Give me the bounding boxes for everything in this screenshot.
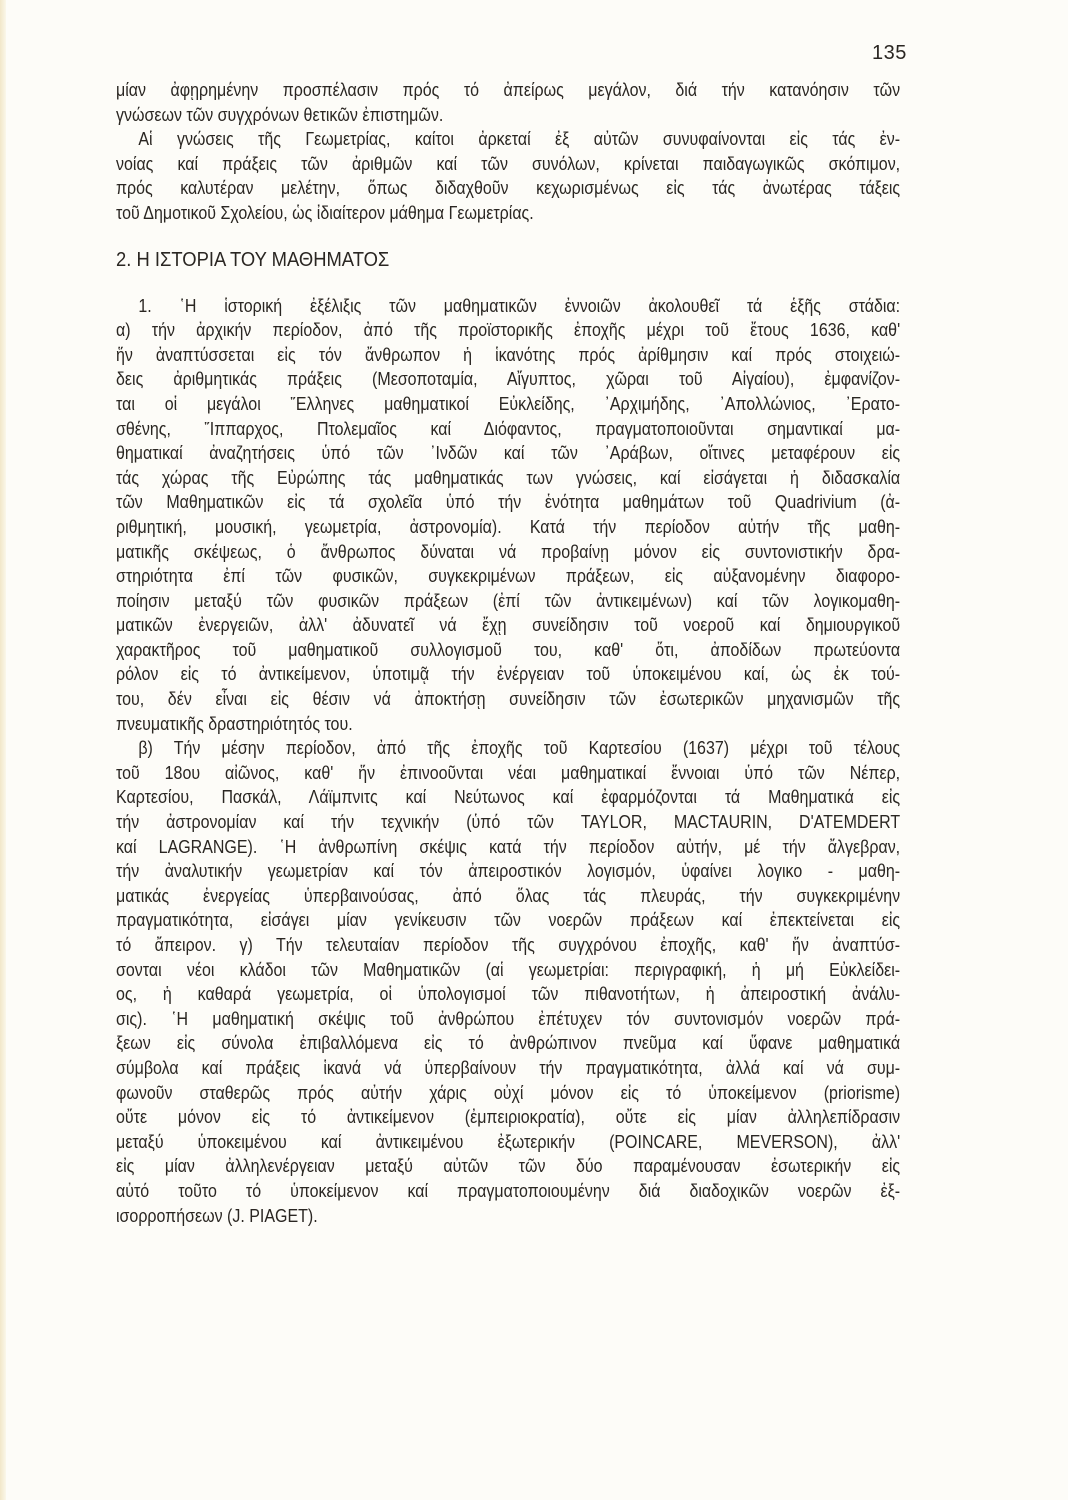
text-line: δεις ἀριθμητικάς πράξεις (Μεσοποταμία, Α… [116,367,900,392]
text-line: ος, ἡ καθαρά γεωμετρία, οἱ ὑπολογισμοί τ… [116,982,900,1007]
text-line: α) τήν ἀρχικήν περίοδον, ἀπό τῆς προϊστο… [116,318,900,343]
text-line: σις). ῾Η μαθηματική σκέψις τοῦ ἀνθρώπου … [116,1007,900,1032]
text-line: ρόλον εἰς τό ἀντικείμενον, ὑποτιμᾷ τήν ἐ… [116,662,900,687]
section-heading: 2. Η ΙΣΤΟΡΙΑ ΤΟΥ ΜΑΘΗΜΑΤΟΣ [116,247,837,273]
paragraph: β) Τήν μέσην περίοδον, ἀπό τῆς ἐποχῆς το… [116,736,900,1228]
text-line: του, δέν εἶναι εἰς θέσιν νά ἀποκτήσῃ συν… [116,687,900,712]
text-line: φωνοῦν σταθερῶς πρός αὐτήν χάρις οὐχί μό… [116,1081,900,1106]
text-line: πρός καλυτέραν μελέτην, ὅπως διδαχθοῦν κ… [116,176,900,201]
text-line: ριθμητική, μουσική, γεωμετρία, ἀστρονομί… [116,515,900,540]
history-paragraphs: 1. ῾Η ἱστορική ἐξέλιξις τῶν μαθηματικῶν … [116,294,900,1229]
text-line: αὐτό τοῦτο τό ὑποκείμενον καί πραγματοπο… [116,1179,900,1204]
text-line: εἰς μίαν ἀλληλενέργειαν μεταξύ αὐτῶν τῶν… [116,1154,900,1179]
text-line: τήν ἀστρονομίαν καί τήν τεχνικήν (ὑπό τῶ… [116,810,900,835]
text-line: οὔτε μόνον εἰς τό ἀντικείμενον (ἐμπειριο… [116,1105,900,1130]
text-line: μεταξύ ὑποκειμένου καί ἀντικειμένου ἐξωτ… [116,1130,900,1155]
page-edge-shadow [0,0,6,1500]
text-line: 1. ῾Η ἱστορική ἐξέλιξις τῶν μαθηματικῶν … [116,294,900,319]
paragraph: 1. ῾Η ἱστορική ἐξέλιξις τῶν μαθηματικῶν … [116,294,900,737]
text-line: β) Τήν μέσην περίοδον, ἀπό τῆς ἐποχῆς το… [116,736,900,761]
text-line: ται οἱ μεγάλοι ῞Ελληνες μαθηματικοί Εὐκλ… [116,392,900,417]
paragraph: Αἱ γνώσεις τῆς Γεωμετρίας, καίτοι ἀρκετα… [116,127,900,225]
text-line: ποίησιν μεταξύ τῶν φυσικῶν πράξεων (ἐπί … [116,589,900,614]
intro-paragraphs: μίαν ἀφῃρημένην προσπέλασιν πρός τό ἀπεί… [116,78,900,226]
text-line: πνευματικῆς δραστηριότητός του. [116,712,900,737]
text-line: σύμβολα καί πράξεις ἱκανά νά ὑπερβαίνουν… [116,1056,900,1081]
page-body: μίαν ἀφῃρημένην προσπέλασιν πρός τό ἀπεί… [116,78,900,1228]
text-line: νοίας καί πράξεις τῶν ἀριθμῶν καί τῶν συ… [116,152,900,177]
text-line: τῶν Μαθηματικῶν εἰς τά σχολεῖα ὑπό τήν ἑ… [116,490,900,515]
text-line: ξεων εἰς σύνολα ἐπιβαλλόμενα εἰς τό ἀνθρ… [116,1031,900,1056]
text-line: τήν ἀναλυτικήν γεωμετρίαν καί τόν ἀπειρο… [116,859,900,884]
text-line: θηματικαί ἀναζητήσεις ὑπό τῶν ᾿Ινδῶν καί… [116,441,900,466]
text-line: χαρακτῆρος τοῦ μαθηματικοῦ συλλογισμοῦ τ… [116,638,900,663]
text-line: γνώσεων τῶν συγχρόνων θετικῶν ἐπιστημῶν. [116,103,900,128]
text-line: Αἱ γνώσεις τῆς Γεωμετρίας, καίτοι ἀρκετα… [116,127,900,152]
text-line: ματικάς ἐνεργείας ὑπερβαινούσας, ἀπό ὅλα… [116,884,900,909]
text-line: σθένης, ῞Ιππαρχος, Πτολεμαῖος καί Διόφαν… [116,417,900,442]
text-line: στηριότητα ἐπί τῶν φυσικῶν, συγκεκριμένω… [116,564,900,589]
text-line: ἥν ἀναπτύσσεται εἰς τόν ἄνθρωπον ἡ ἱκανό… [116,343,900,368]
text-line: τοῦ Δημοτικοῦ Σχολείου, ὡς ἰδιαίτερον μά… [116,201,900,226]
text-line: Καρτεσίου, Πασκάλ, Λάϊμπνιτς καί Νεύτωνο… [116,785,900,810]
text-line: σονται νέοι κλάδοι τῶν Μαθηματικῶν (αἱ γ… [116,958,900,983]
page-number: 135 [872,42,907,65]
text-line: μίαν ἀφῃρημένην προσπέλασιν πρός τό ἀπεί… [116,78,900,103]
text-line: τό ἄπειρον. γ) Τήν τελευταίαν περίοδον τ… [116,933,900,958]
text-line: ματικῶν ἐνεργειῶν, ἀλλ' ἀδυνατεῖ νά ἔχῃ … [116,613,900,638]
text-line: τάς χώρας τῆς Εὐρώπης τάς μαθηματικάς τω… [116,466,900,491]
text-line: πραγματικότητα, εἰσάγει μίαν γενίκευσιν … [116,908,900,933]
text-line: ματικῆς σκέψεως, ὁ ἄνθρωπος δύναται νά π… [116,540,900,565]
text-line: ισορροπήσεων (J. PIAGET). [116,1204,900,1229]
paragraph: μίαν ἀφῃρημένην προσπέλασιν πρός τό ἀπεί… [116,78,900,127]
text-line: τοῦ 18ου αἰῶνος, καθ' ἥν ἐπινοοῦνται νέα… [116,761,900,786]
text-line: καί LAGRANGE). ῾Η ἀνθρωπίνη σκέψις κατά … [116,835,900,860]
